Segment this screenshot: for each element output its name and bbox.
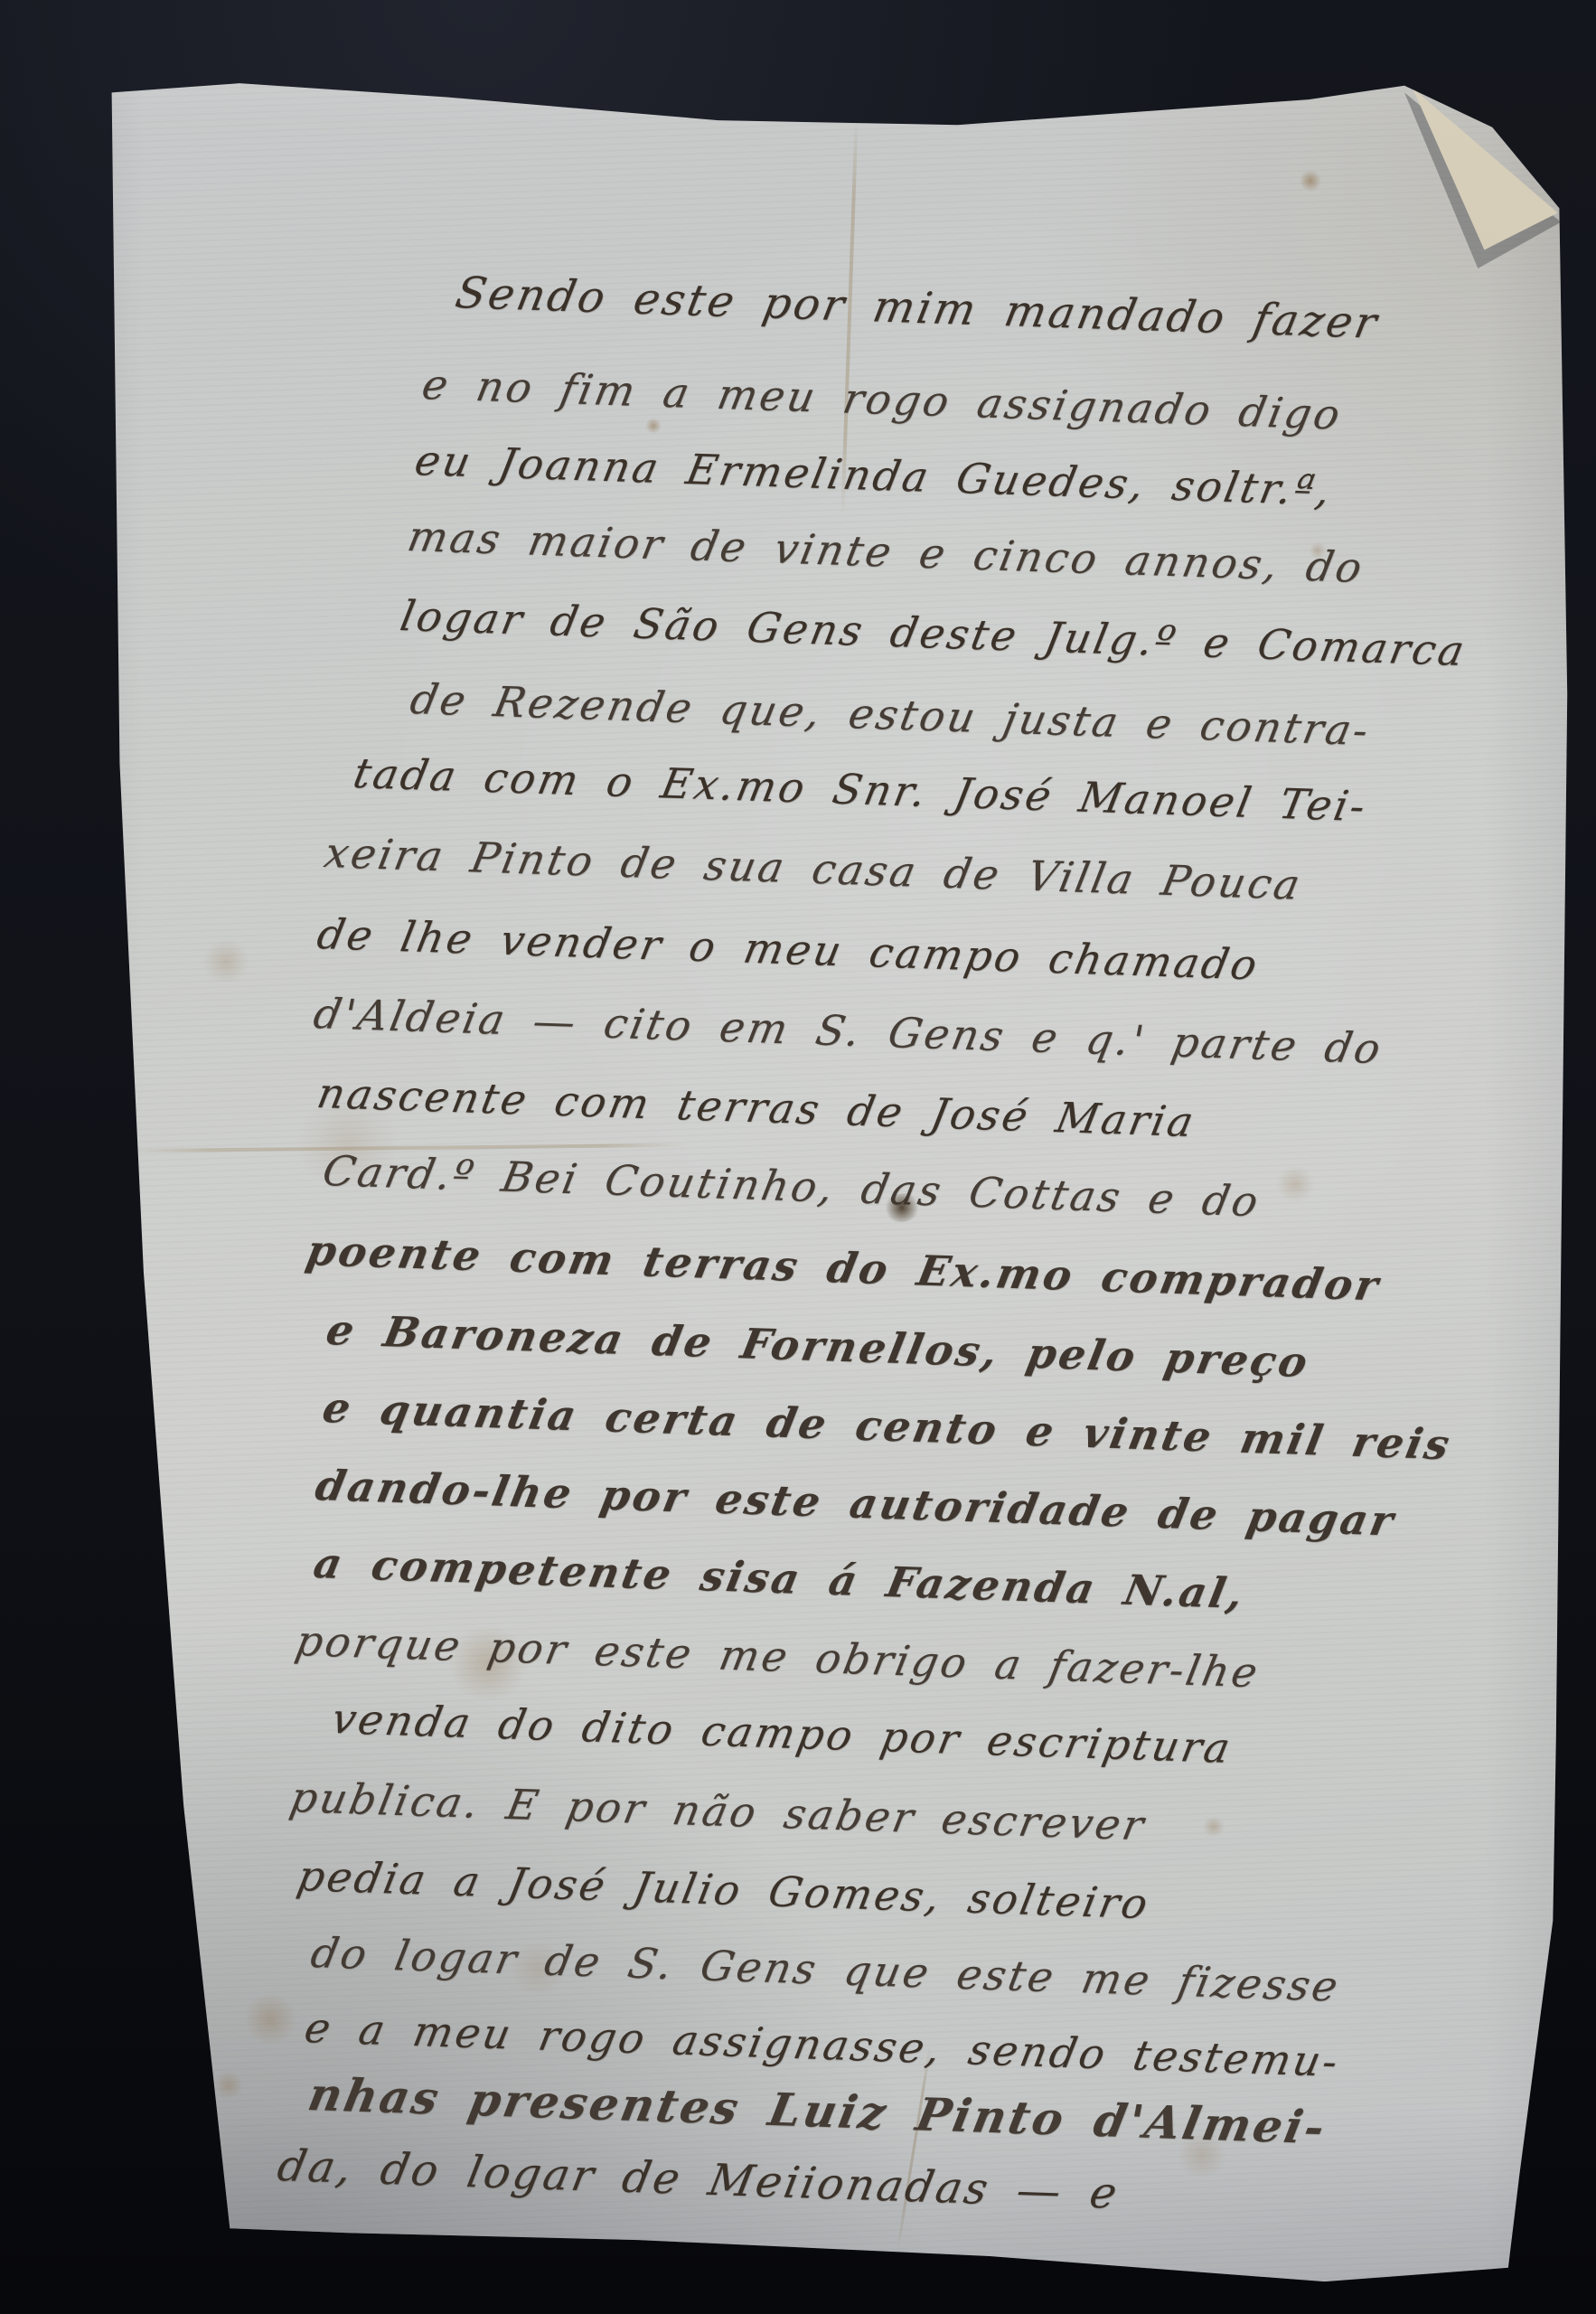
manuscript-line: nascente com terras de José Maria — [315, 1072, 1199, 1143]
manuscript-line: poente com terras do Ex.mo comprador — [304, 1229, 1385, 1306]
manuscript-line: d'Aldeia — cito em S. Gens e q.' parte d… — [311, 992, 1386, 1069]
manuscript-line: publica. E por não saber escrever — [287, 1776, 1150, 1846]
manuscript-line: tada com o Ex.mo Snr. José Manoel Tei- — [351, 752, 1372, 827]
photo-background: Sendo este por mim mandado fazer e no fi… — [0, 0, 1596, 2314]
manuscript-line: Card.º Bei Coutinho, das Cottas e do — [320, 1150, 1264, 1222]
manuscript-line: eu Joanna Ermelinda Guedes, soltr.ª, — [412, 439, 1337, 511]
manuscript-line: a competente sisa á Fazenda N.al, — [311, 1542, 1249, 1614]
manuscript-line: de lhe vender o meu campo chamado — [315, 913, 1263, 985]
manuscript-line: dando-lhe por este autoridade de pagar — [313, 1464, 1399, 1541]
manuscript-line: mas maior de vinte e cinco annos, do — [405, 515, 1368, 588]
manuscript-line: de Rezende que, estou justa e contra- — [408, 678, 1375, 751]
manuscript-line: venda do dito campo por escriptura — [329, 1698, 1236, 1769]
manuscript-line: logar de São Gens deste Julg.º e Comarca — [398, 595, 1470, 672]
manuscript-line: e a meu rogo assignasse, sendo testemu- — [302, 2007, 1344, 2083]
manuscript-line: Sendo este por mim mandado fazer — [452, 271, 1382, 345]
manuscript-line: porque por este me obrigo a fazer-lhe — [293, 1620, 1263, 1693]
manuscript-line: e Baroneza de Fornellos, pelo preço — [324, 1309, 1313, 1383]
manuscript-text: Sendo este por mim mandado fazer e no fi… — [0, 0, 1596, 2314]
manuscript-line: e no fim a meu rogo assignado digo — [419, 363, 1347, 435]
manuscript-line: pedia a José Julio Gomes, solteiro — [295, 1855, 1154, 1924]
manuscript-line: e quantia certa de cento e vinte mil rei… — [320, 1387, 1455, 1465]
manuscript-line: da, do logar de Meiionadas — e — [274, 2144, 1122, 2215]
manuscript-line: xeira Pinto de sua casa de Villa Pouca — [322, 832, 1306, 906]
manuscript-line: do logar de S. Gens que este me fizesse — [308, 1932, 1344, 2007]
manuscript-line: nhas presentes Luiz Pinto d'Almei- — [305, 2072, 1330, 2150]
manuscript-paper: Sendo este por mim mandado fazer e no fi… — [0, 0, 1596, 2314]
